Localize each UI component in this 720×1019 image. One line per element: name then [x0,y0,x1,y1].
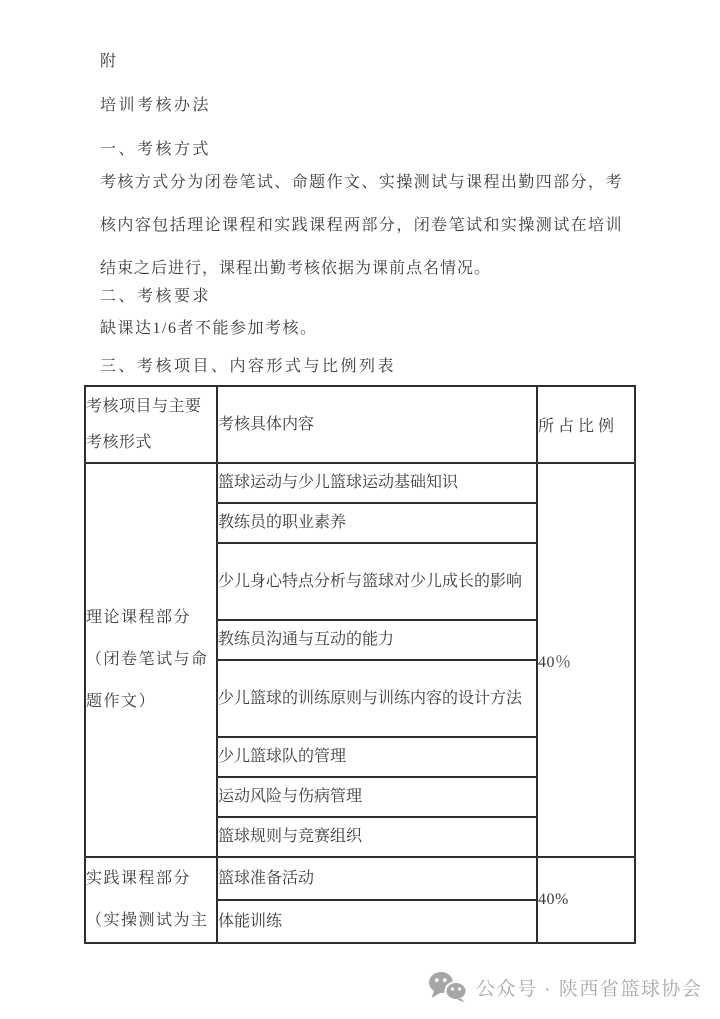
heading-2: 二、考核要求 [100,285,622,309]
content-cell: 少儿身心特点分析与篮球对少儿成长的影响 [217,543,537,620]
section1-proportion-cell: 40％ [537,463,635,857]
paragraph-1-line-1: 考核方式分为闭卷笔试、命题作文、实操测试与课程出勤四部分，考 [100,171,622,195]
paragraph-2: 缺课达1/6者不能参加考核。 [100,317,622,341]
document-title: 培训考核办法 [100,94,622,118]
watermark: 公众号 · 陕西省篮球协会 [428,970,702,1004]
header-cell-item-form: 考核项目与主要考核形式 [85,386,217,463]
section1-label-line: 理论课程部分 [86,597,216,639]
header-cell-content: 考核具体内容 [217,386,537,463]
content-cell: 少儿篮球的训练原则与训练内容的设计方法 [217,660,537,737]
section2-label-cell: 实践课程部分 （实操测试为主 [85,857,217,943]
section2-proportion-cell: 40% [537,857,635,943]
section1-label-line: 题作文） [86,681,216,723]
content-cell: 篮球准备活动 [217,857,537,900]
heading-1: 一、考核方式 [100,138,622,162]
heading-3: 三、考核项目、内容形式与比例列表 [100,355,622,379]
section2-label-line: 实践课程部分 [86,858,216,900]
header-cell-proportion: 所占比例 [537,386,635,463]
content-cell: 教练员沟通与互动的能力 [217,620,537,660]
section2-label-line: （实操测试为主 [86,900,216,942]
watermark-text: 公众号 · 陕西省篮球协会 [476,974,702,1001]
content-cell: 少儿篮球队的管理 [217,737,537,777]
wechat-icon [428,971,468,1003]
content-cell: 教练员的职业素养 [217,503,537,543]
table-row: 理论课程部分 （闭卷笔试与命 题作文） 篮球运动与少儿篮球运动基础知识 40％ [85,463,635,503]
paragraph-1-line-3: 结束之后进行，课程出勤考核依据为课前点名情况。 [100,257,622,281]
content-cell: 篮球规则与竞赛组织 [217,817,537,857]
paragraph-1-line-2: 核内容包括理论课程和实践课程两部分，闭卷笔试和实操测试在培训 [100,214,622,238]
section1-label-line: （闭卷笔试与命 [86,639,216,681]
table-header-row: 考核项目与主要考核形式 考核具体内容 所占比例 [85,386,635,463]
appendix-label: 附 [100,50,622,74]
content-cell: 体能训练 [217,900,537,943]
content-cell: 运动风险与伤病管理 [217,777,537,817]
document-page: 附 培训考核办法 一、考核方式 考核方式分为闭卷笔试、命题作文、实操测试与课程出… [0,0,720,1019]
section1-label-cell: 理论课程部分 （闭卷笔试与命 题作文） [85,463,217,857]
table-row: 实践课程部分 （实操测试为主 篮球准备活动 40% [85,857,635,900]
content-cell: 篮球运动与少儿篮球运动基础知识 [217,463,537,503]
assessment-table: 考核项目与主要考核形式 考核具体内容 所占比例 理论课程部分 （闭卷笔试与命 题… [84,385,636,944]
